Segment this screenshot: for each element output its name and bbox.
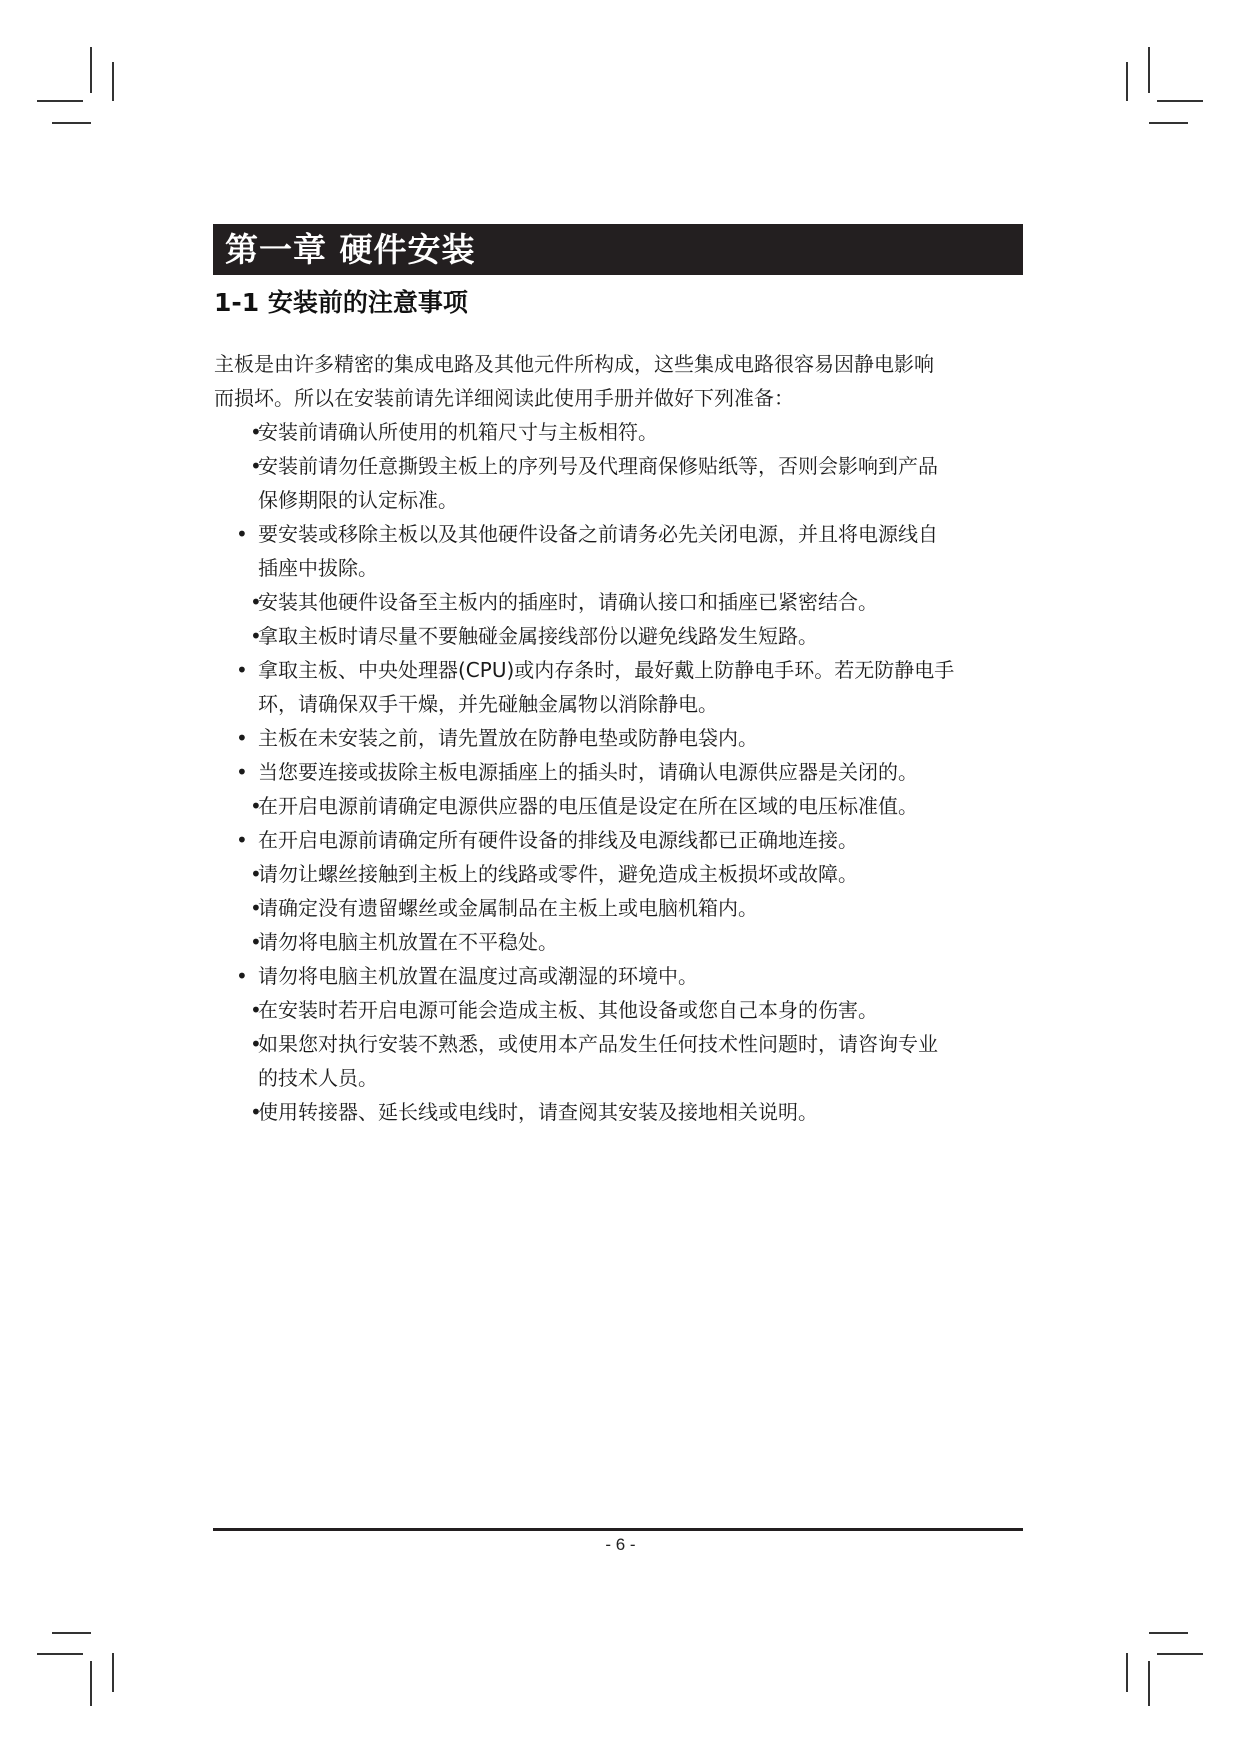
bullet-icon: • xyxy=(236,721,248,755)
crop-mark-bottom-right xyxy=(1149,1632,1188,1634)
bullet-icon: • xyxy=(250,449,262,483)
crop-mark-bottom-left xyxy=(52,1632,91,1634)
list-item: •拿取主板、中央处理器(CPU)或内存条时，最好戴上防静电手环。若无防静电手环，… xyxy=(232,653,1062,721)
page-number: - 6 - xyxy=(0,1534,1241,1556)
list-item: •安装其他硬件设备至主板内的插座时，请确认接口和插座已紧密结合。 xyxy=(232,585,1062,619)
bullet-icon: • xyxy=(236,517,248,551)
list-item: •拿取主板时请尽量不要触碰金属接线部份以避免线路发生短路。 xyxy=(232,619,1062,653)
list-item: •请勿将电脑主机放置在不平稳处。 xyxy=(232,925,1062,959)
crop-mark-bottom-left xyxy=(90,1661,92,1706)
list-item: •请勿将电脑主机放置在温度过高或潮湿的环境中。 xyxy=(232,959,1062,993)
list-item: •在开启电源前请确定电源供应器的电压值是设定在所在区域的电压标准值。 xyxy=(232,789,1062,823)
bullet-icon: • xyxy=(250,993,262,1027)
crop-mark-bottom-right xyxy=(1157,1653,1203,1655)
footer-divider xyxy=(213,1528,1023,1531)
crop-mark-top-left xyxy=(37,100,83,102)
crop-mark-bottom-right xyxy=(1148,1661,1150,1706)
intro-line: 而损坏。所以在安装前请先详细阅读此使用手册并做好下列准备： xyxy=(214,381,1054,415)
crop-mark-top-right xyxy=(1126,62,1128,101)
bullet-icon: • xyxy=(236,959,248,993)
bullet-icon: • xyxy=(250,1095,262,1129)
list-item: •安装前请确认所使用的机箱尺寸与主板相符。 xyxy=(232,415,1062,449)
bullet-icon: • xyxy=(250,789,262,823)
intro-line: 主板是由许多精密的集成电路及其他元件所构成，这些集成电路很容易因静电影响 xyxy=(214,347,1054,381)
chapter-title: 第一章 硬件安装 xyxy=(225,230,476,270)
list-item: •如果您对执行安装不熟悉，或使用本产品发生任何技术性问题时，请咨询专业的技术人员… xyxy=(232,1027,1062,1095)
list-item: •请确定没有遗留螺丝或金属制品在主板上或电脑机箱内。 xyxy=(232,891,1062,925)
bullet-icon: • xyxy=(250,857,262,891)
bullet-icon: • xyxy=(236,823,248,857)
crop-mark-bottom-left xyxy=(112,1653,114,1692)
list-item: •当您要连接或拔除主板电源插座上的插头时，请确认电源供应器是关闭的。 xyxy=(232,755,1062,789)
section-title: 1-1 安装前的注意事项 xyxy=(214,286,468,320)
crop-mark-top-right xyxy=(1149,122,1188,124)
intro-paragraph: 主板是由许多精密的集成电路及其他元件所构成，这些集成电路很容易因静电影响 而损坏… xyxy=(214,347,1054,415)
bullet-icon: • xyxy=(250,619,262,653)
list-item: •在开启电源前请确定所有硬件设备的排线及电源线都已正确地连接。 xyxy=(232,823,1062,857)
crop-mark-top-right xyxy=(1157,100,1203,102)
bullet-icon: • xyxy=(250,1027,262,1061)
bullet-icon: • xyxy=(250,415,262,449)
crop-mark-top-right xyxy=(1148,47,1150,93)
bullet-icon: • xyxy=(250,585,262,619)
bullet-icon: • xyxy=(250,891,262,925)
chapter-title-bar: 第一章 硬件安装 xyxy=(213,224,1023,275)
list-item: •请勿让螺丝接触到主板上的线路或零件，避免造成主板损坏或故障。 xyxy=(232,857,1062,891)
bullet-icon: • xyxy=(250,925,262,959)
precautions-list: •安装前请确认所使用的机箱尺寸与主板相符。 •安装前请勿任意撕毁主板上的序列号及… xyxy=(232,415,1062,1129)
list-item: •要安装或移除主板以及其他硬件设备之前请务必先关闭电源，并且将电源线自插座中拔除… xyxy=(232,517,1062,585)
crop-mark-bottom-right xyxy=(1126,1653,1128,1692)
list-item: •使用转接器、延长线或电线时，请查阅其安装及接地相关说明。 xyxy=(232,1095,1062,1129)
list-item: •安装前请勿任意撕毁主板上的序列号及代理商保修贴纸等，否则会影响到产品保修期限的… xyxy=(232,449,1062,517)
crop-mark-bottom-left xyxy=(37,1653,83,1655)
crop-mark-top-left xyxy=(112,62,114,101)
bullet-icon: • xyxy=(236,653,248,687)
list-item: •在安装时若开启电源可能会造成主板、其他设备或您自己本身的伤害。 xyxy=(232,993,1062,1027)
crop-mark-top-left xyxy=(90,47,92,93)
bullet-icon: • xyxy=(236,755,248,789)
list-item: •主板在未安装之前，请先置放在防静电垫或防静电袋内。 xyxy=(232,721,1062,755)
crop-mark-top-left xyxy=(52,122,91,124)
